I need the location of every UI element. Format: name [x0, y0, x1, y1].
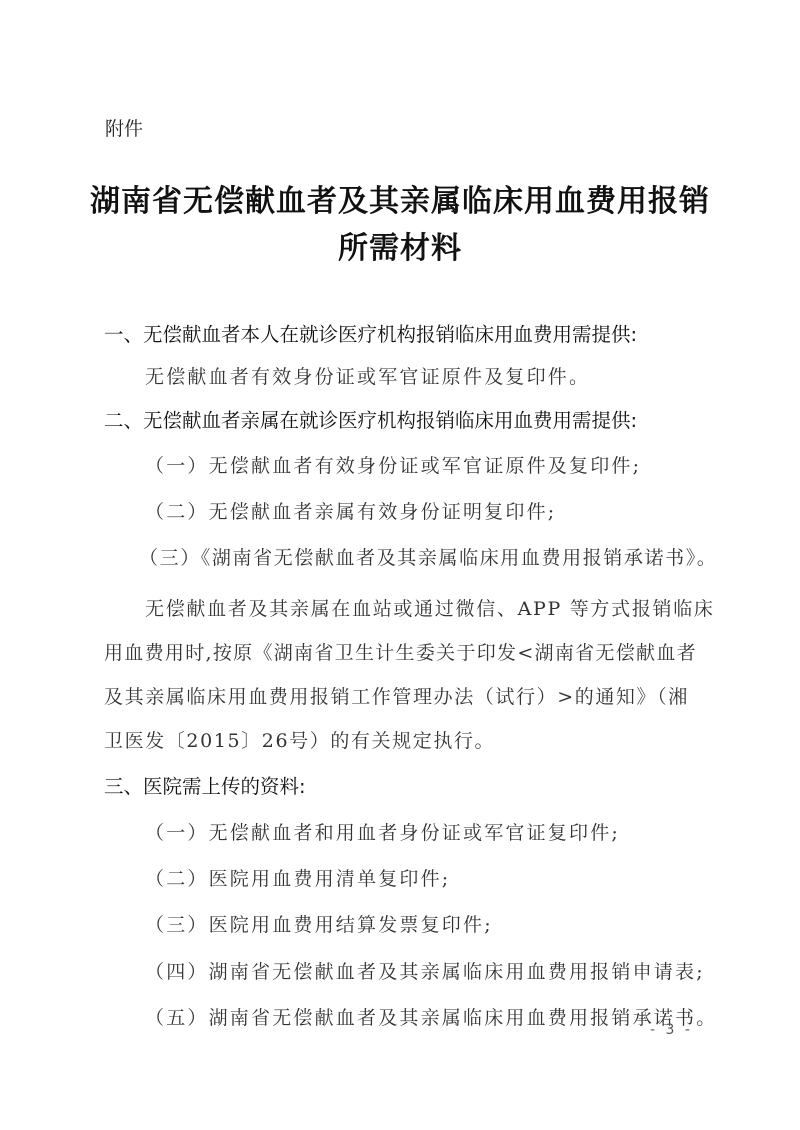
section-3-item-2: （二）医院用血费用清单复印件;	[145, 864, 450, 891]
section-3-heading: 三、医院需上传的资料:	[104, 771, 306, 799]
attachment-label: 附件	[105, 114, 143, 141]
page-number: - 3 -	[650, 1022, 693, 1038]
section-2-item-2: （二）无偿献血者亲属有效身份证明复印件;	[145, 497, 556, 524]
section-2-heading: 二、无偿献血者亲属在就诊医疗机构报销临床用血费用需提供:	[104, 405, 637, 433]
section-3-item-4: （四）湖南省无偿献血者及其亲属临床用血费用报销申请表;	[145, 957, 705, 984]
section-2-paragraph-line-3: 及其亲属临床用血费用报销工作管理办法（试行）>的通知》（湘	[104, 682, 689, 709]
section-3-item-1: （一）无偿献血者和用血者身份证或军官证复印件;	[145, 818, 620, 845]
document-title-line-2: 所需材料	[0, 223, 800, 267]
section-1-item: 无偿献血者有效身份证或军官证原件及复印件。	[145, 362, 590, 389]
section-2-paragraph-line-2: 用血费用时,按原《湖南省卫生计生委关于印发<湖南省无偿献血者	[104, 638, 697, 665]
section-2-item-1: （一）无偿献血者有效身份证或军官证原件及复印件;	[145, 451, 641, 478]
section-2-paragraph-line-1: 无偿献血者及其亲属在血站或通过微信、APP 等方式报销临床	[145, 594, 715, 621]
section-3-item-3: （三）医院用血费用结算发票复印件;	[145, 910, 493, 937]
section-2-paragraph-line-4: 卫医发〔2015〕26号）的有关规定执行。	[104, 726, 495, 753]
document-title-line-1: 湖南省无偿献血者及其亲属临床用血费用报销	[0, 176, 800, 220]
section-1-heading: 一、无偿献血者本人在就诊医疗机构报销临床用血费用需提供:	[104, 319, 637, 347]
section-3-item-5: （五）湖南省无偿献血者及其亲属临床用血费用报销承诺书。	[145, 1003, 717, 1030]
section-2-item-3: （三）《湖南省无偿献血者及其亲属临床用血费用报销承诺书》。	[139, 543, 717, 570]
